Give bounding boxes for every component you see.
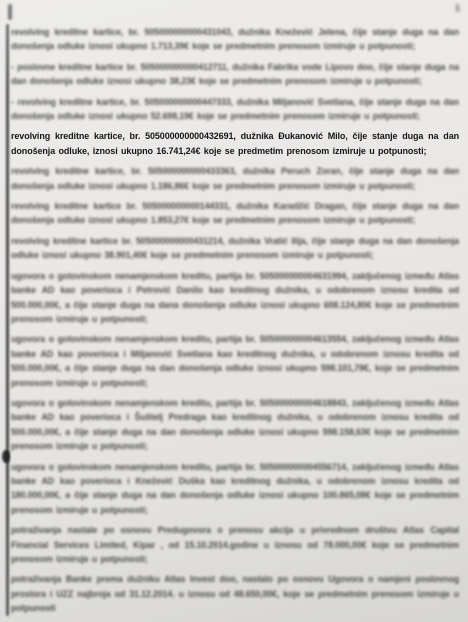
page-number: 1 bbox=[455, 3, 460, 13]
scan-edge-line bbox=[6, 24, 9, 616]
paragraph: - poslovne kreditne kartice br. 50500000… bbox=[11, 60, 459, 89]
paragraph: revolving kreditne kartice br. 505000000… bbox=[11, 199, 459, 228]
focused-paragraph: revolving kreditne kartice, br. 50500000… bbox=[11, 129, 459, 158]
paragraph: potraživanja Banke prema dužniku Atlas I… bbox=[11, 572, 459, 615]
paragraph: revolving kreditne kartice br. 505000000… bbox=[11, 234, 459, 263]
scan-artifact-top bbox=[8, 4, 12, 20]
scanned-document-page: 1 revolving kreditne kartice, br. 505000… bbox=[0, 0, 468, 622]
scan-edge-notch bbox=[2, 450, 10, 463]
paragraph: ugovora o gotovinskom nenamjenskom kredi… bbox=[11, 396, 459, 454]
paragraph: ugovora o gotovinskom nenamjenskom kredi… bbox=[11, 332, 459, 390]
paragraph: ugovora o gotovinskom nenamjenskom kredi… bbox=[11, 460, 459, 518]
paragraph: ugovora o gotovinskom nenamjenskom kredi… bbox=[11, 269, 459, 327]
paragraph: revolving kreditne kartice, br. 50500000… bbox=[11, 25, 459, 54]
paragraph: revolving kreditne kartice, br. 50500000… bbox=[11, 164, 459, 193]
document-body: revolving kreditne kartice, br. 50500000… bbox=[11, 25, 459, 622]
paragraph: potraživanja nastale po osnovu Predugovo… bbox=[11, 523, 459, 566]
paragraph: - revolving kreditne kartice, br. 505000… bbox=[11, 95, 459, 124]
